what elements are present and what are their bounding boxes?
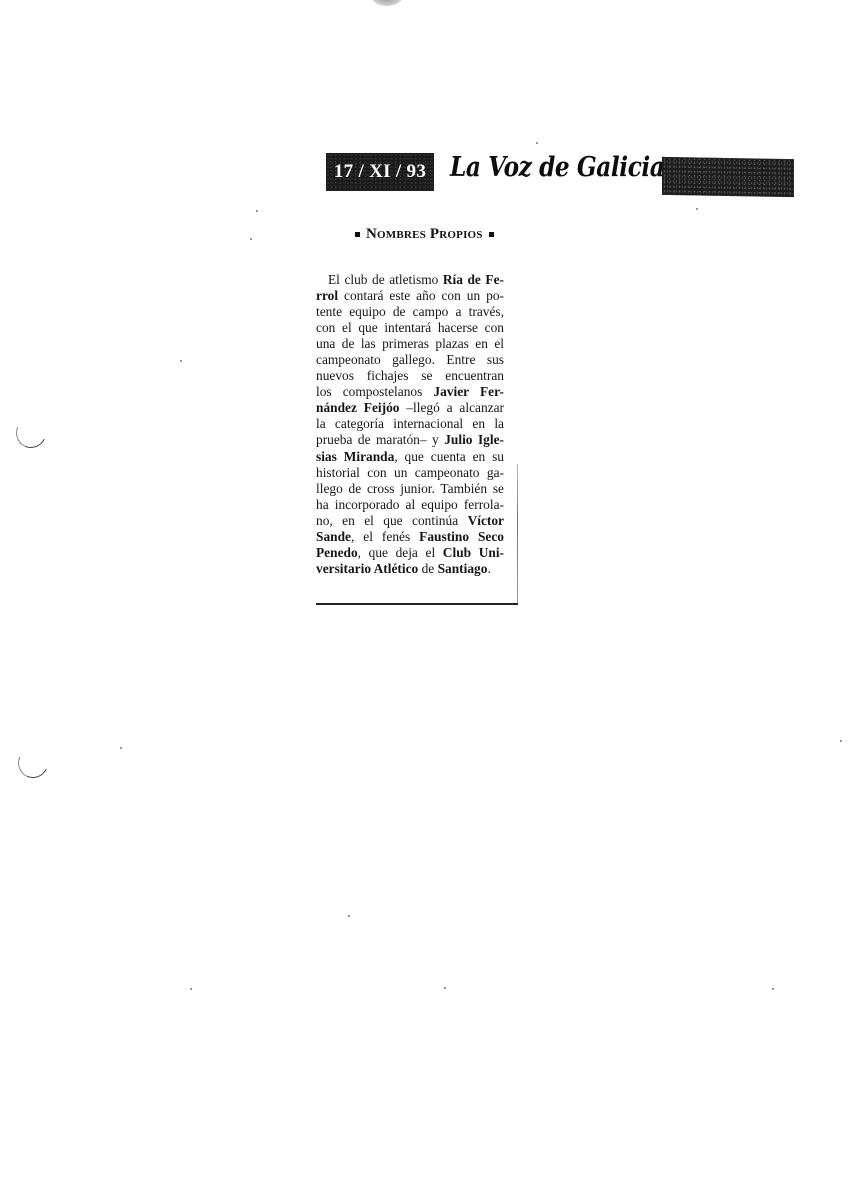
article-line: El club de atletismo Ría de Fe- (316, 272, 504, 288)
binder-hole-mark (14, 744, 52, 782)
bold-name: Víctor (468, 513, 504, 528)
article-line: prueba de maratón– y Julio Igle- (316, 432, 504, 448)
bold-name: Sande (316, 529, 351, 544)
article-line: con el que intentará hacerse con (316, 320, 504, 336)
publication-date: 17 / XI / 93 (326, 153, 434, 191)
bold-name: nández Feijóo (316, 400, 399, 415)
bold-name: Penedo (316, 545, 358, 560)
scan-speck (444, 987, 446, 989)
newspaper-name: La Voz de Galicia (450, 152, 664, 183)
bold-name: Club Uni- (443, 545, 504, 560)
scan-speck (256, 210, 258, 212)
binder-hole-mark (12, 414, 50, 452)
article-body: El club de atletismo Ría de Fe-rrol cont… (316, 272, 504, 577)
bold-name: Santiago (438, 561, 488, 576)
article-line: nuevos fichajes se encuentran (316, 368, 504, 384)
scan-speck (348, 915, 350, 917)
scan-smudge (372, 0, 402, 6)
article-line: los compostelanos Javier Fer- (316, 384, 504, 400)
article-line: rrol contará este año con un po- (316, 288, 504, 304)
article-line: sias Miranda, que cuenta en su (316, 449, 504, 465)
bold-name: Faustino Seco (419, 529, 504, 544)
article-end-rule (316, 603, 518, 605)
newspaper-masthead: 17 / XI / 93 La Voz de Galicia (326, 150, 796, 200)
scan-speck (190, 988, 192, 990)
scan-speck (250, 238, 252, 240)
bold-name: Ría de Fe- (443, 272, 504, 287)
article-line: historial con un campeonato ga- (316, 465, 504, 481)
bullet-square-icon (489, 232, 494, 237)
article-line: una de las primeras plazas en el (316, 336, 504, 352)
article-line: nández Feijóo –llegó a alcanzar (316, 400, 504, 416)
bold-name: versitario Atlético (316, 561, 418, 576)
article-line: ha incorporado al equipo ferrola- (316, 497, 504, 513)
article-line: llego de cross junior. También se (316, 481, 504, 497)
article-line: campeonato gallego. Entre sus (316, 352, 504, 368)
scan-speck (120, 747, 122, 749)
bullet-square-icon (355, 232, 360, 237)
bold-name: rrol (316, 288, 338, 303)
article-line: no, en el que continúa Víctor (316, 513, 504, 529)
article-line: Penedo, que deja el Club Uni- (316, 545, 504, 561)
bold-name: Julio Igle- (444, 432, 504, 447)
scan-speck (536, 142, 538, 144)
section-heading: Nombres Propios (355, 226, 494, 243)
column-rule (517, 464, 518, 604)
masthead-dark-bar (662, 157, 794, 197)
scan-speck (696, 208, 698, 210)
article-line: versitario Atlético de Santiago. (316, 561, 504, 577)
section-title: Nombres Propios (366, 226, 483, 243)
scan-speck (180, 360, 182, 362)
scan-speck (772, 988, 774, 990)
article-line: tente equipo de campo a través, (316, 304, 504, 320)
scan-speck (840, 740, 842, 742)
article-line: la categoría internacional en la (316, 416, 504, 432)
bold-name: sias Miranda (316, 449, 394, 464)
article-line: Sande, el fenés Faustino Seco (316, 529, 504, 545)
bold-name: Javier Fer- (433, 384, 504, 399)
